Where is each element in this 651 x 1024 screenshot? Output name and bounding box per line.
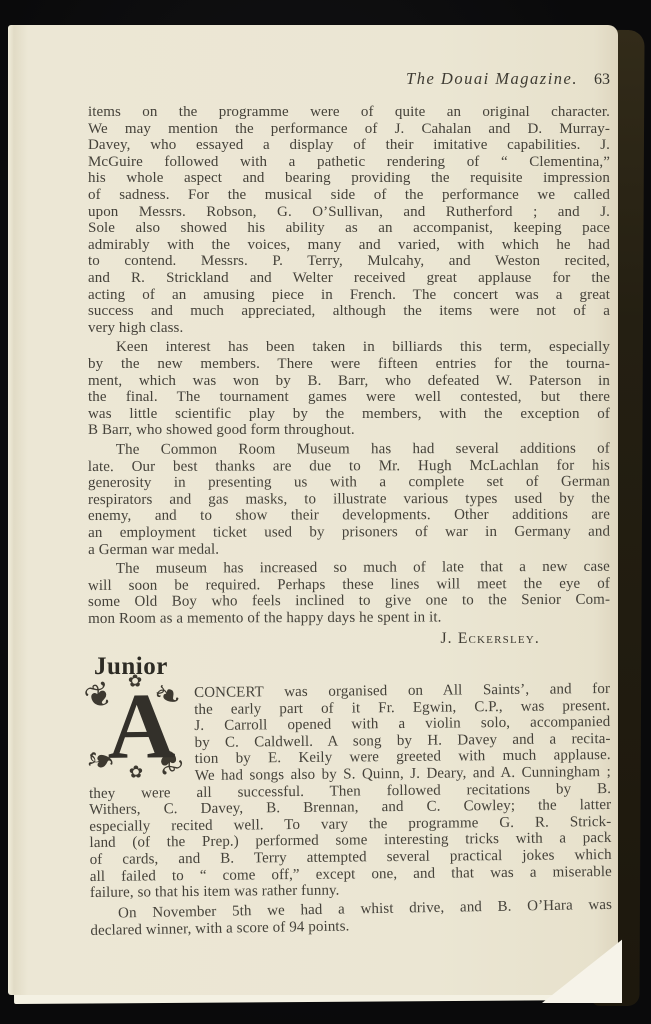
paragraph: On November 5th we had a whist drive, an…	[90, 897, 612, 939]
text-line: generosity in presenting us with a compl…	[88, 474, 610, 492]
text-line: an employment ticket used by prisoners o…	[88, 523, 610, 541]
text-line: mon Room as a memento of the happy days …	[88, 609, 610, 628]
page-number: 63	[594, 71, 610, 88]
senior-section-body: items on the programme were of quite an …	[88, 104, 610, 627]
text-line: and R. Strickland and Welter received gr…	[88, 270, 610, 287]
text-line: Sole also showed his ability as an accom…	[88, 220, 610, 237]
text-line: We may mention the performance of J. Cah…	[88, 121, 610, 138]
text-line: late. Our best thanks are due to Mr. Hug…	[88, 457, 610, 475]
text-line: ment, which was won by B. Barr, who defe…	[88, 373, 610, 390]
paragraph: The museum has increased so much of late…	[88, 559, 610, 628]
text-line: to contend. Messrs. P. Terry, Mulcahy, a…	[88, 253, 610, 270]
text-line: some Old Boy who feels inclined to give …	[88, 592, 610, 611]
text-line: The museum has increased so much of late…	[88, 559, 610, 578]
text-line: the final. The tournament games were wel…	[88, 389, 610, 406]
page-header: The Douai Magazine.63	[88, 69, 610, 90]
text-line: admirably with the voices, many and vari…	[88, 237, 610, 254]
text-line: B Barr, who showed good form throughout.	[88, 422, 610, 439]
text-line: his whole aspect and bearing providing t…	[88, 170, 610, 187]
ornamental-drop-cap: ❦ ❧ ☙ ❦ ✿ ✿ A	[88, 686, 195, 770]
text-line: enemy, and to show their developments. O…	[88, 507, 610, 525]
text-line: by the new members. There were fifteen e…	[88, 356, 610, 373]
junior-section-body: ❦ ❧ ☙ ❦ ✿ ✿ A CONCERT was organised on A…	[88, 681, 612, 939]
text-line: very high class.	[88, 320, 610, 337]
paragraph: The Common Room Museum has had several a…	[88, 441, 610, 559]
paragraph: Keen interest has been taken in billiard…	[88, 339, 610, 439]
text-line: upon Messrs. Robson, G. O’Sullivan, and …	[88, 204, 610, 221]
page-corner-fold	[542, 937, 622, 1003]
text-line: McGuire followed with a pathetic renderi…	[88, 154, 610, 171]
drop-cap-letter: A	[93, 678, 190, 775]
text-line: Davey, who essayed a display of their im…	[88, 137, 610, 154]
text-line: of sadness. For the musical side of the …	[88, 187, 610, 204]
text-line: a German war medal.	[88, 540, 610, 558]
text-line: items on the programme were of quite an …	[88, 104, 610, 121]
paragraph: ❦ ❧ ☙ ❦ ✿ ✿ A CONCERT was organised on A…	[88, 681, 612, 902]
paragraph: items on the programme were of quite an …	[88, 104, 610, 336]
text-line: The Common Room Museum has had several a…	[88, 441, 610, 459]
text-line: success and much appreciated, although t…	[88, 303, 610, 320]
text-line: acting of an amusing piece in French. Th…	[88, 287, 610, 304]
text-line: was little scientific play by the member…	[88, 406, 610, 423]
author-signature: J. Eckersley.	[88, 630, 610, 647]
magazine-page: The Douai Magazine.63 items on the progr…	[8, 25, 618, 995]
magazine-title: The Douai Magazine.	[406, 69, 578, 88]
text-line: Keen interest has been taken in billiard…	[88, 339, 610, 356]
text-line: respirators and gas masks, to illustrate…	[88, 490, 610, 508]
